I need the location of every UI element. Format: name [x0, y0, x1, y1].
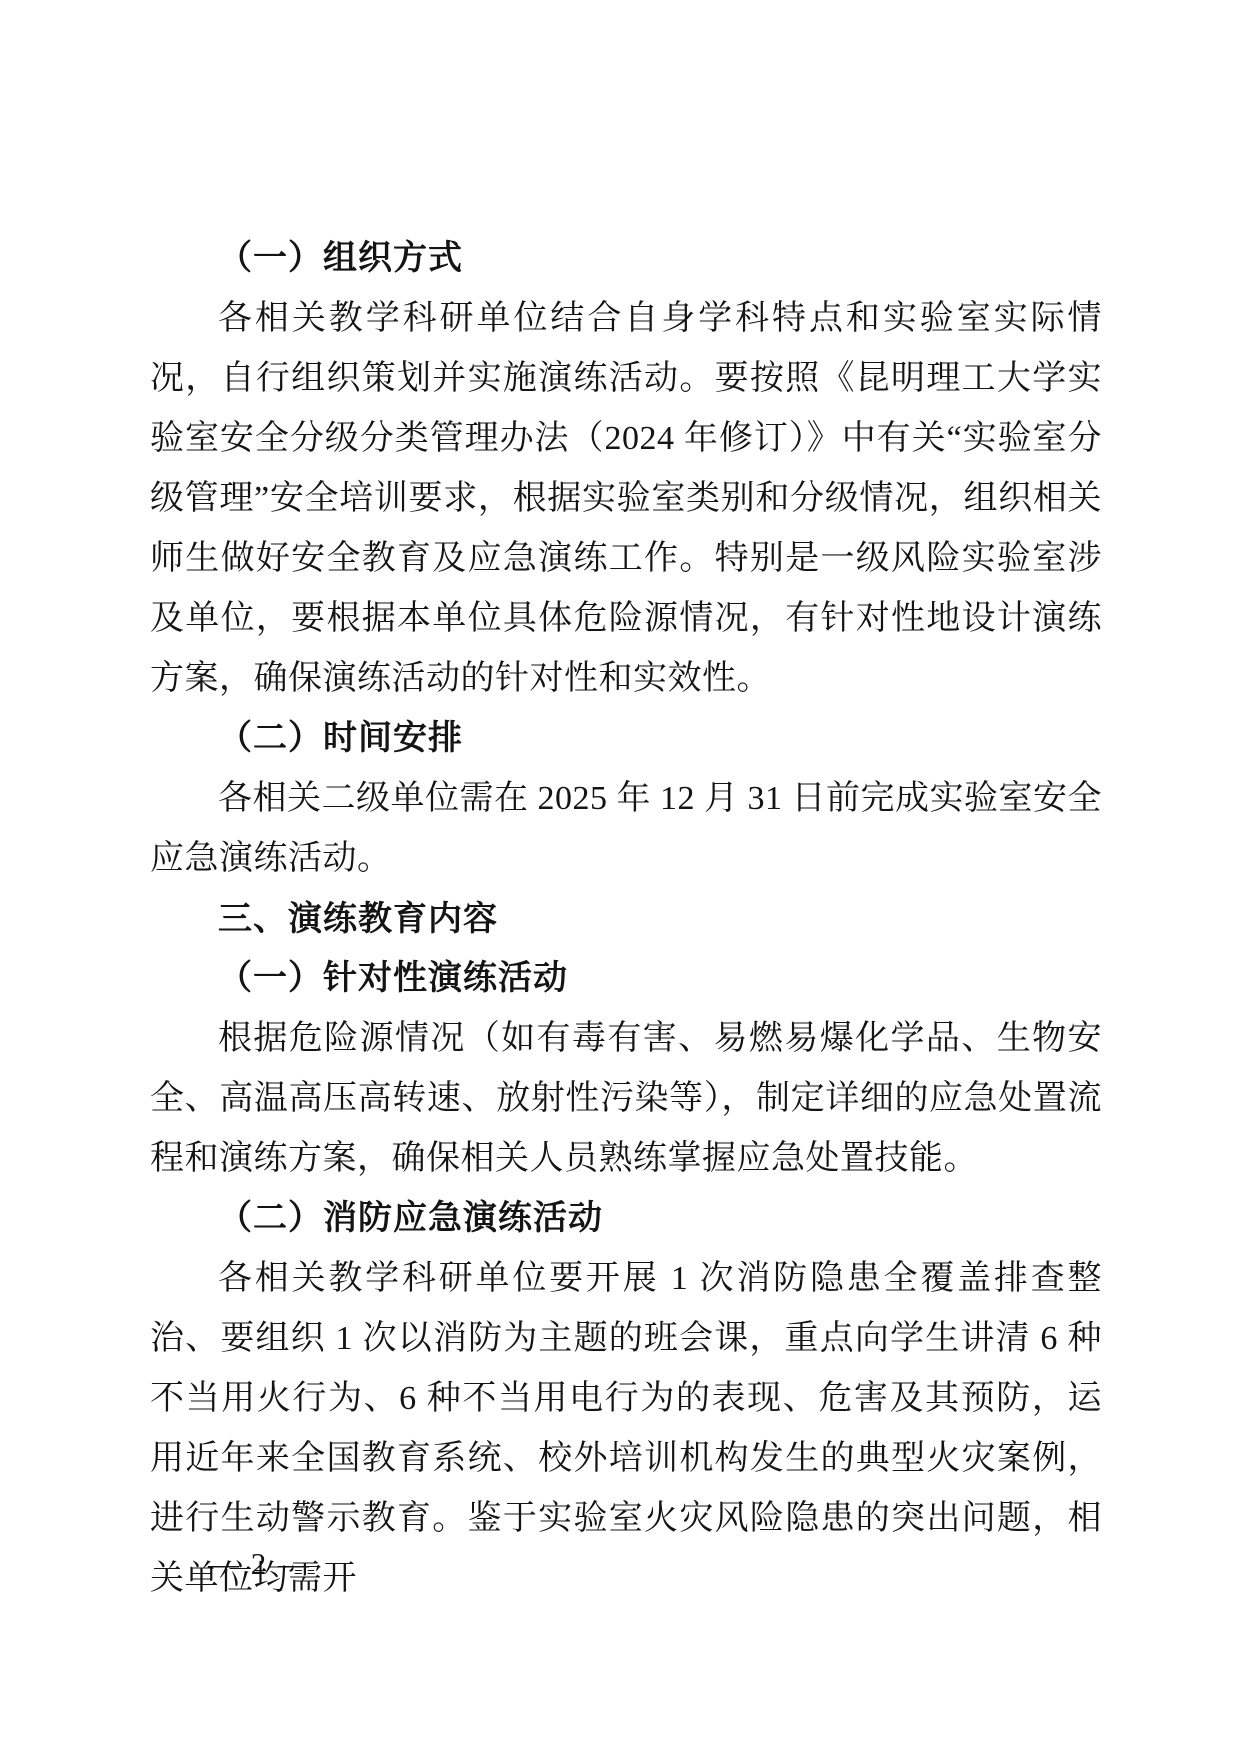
section-heading: 三、演练教育内容	[150, 889, 1102, 949]
section-heading: （一）针对性演练活动	[150, 949, 1102, 1009]
paragraph: 根据危险源情况（如有毒有害、易燃易爆化学品、生物安全、高温高压高转速、放射性污染…	[150, 1009, 1102, 1189]
paragraph: 各相关教学科研单位结合自身学科特点和实验室实际情况，自行组织策划并实施演练活动。…	[150, 289, 1102, 709]
section-heading: （一）组织方式	[150, 229, 1102, 289]
section-heading: （二）时间安排	[150, 709, 1102, 769]
paragraph: 各相关二级单位需在 2025 年 12 月 31 日前完成实验室安全应急演练活动…	[150, 769, 1102, 889]
page-number: — 2 —	[208, 1542, 311, 1586]
document-body: （一）组织方式各相关教学科研单位结合自身学科特点和实验室实际情况，自行组织策划并…	[150, 229, 1102, 1609]
document-page: （一）组织方式各相关教学科研单位结合自身学科特点和实验室实际情况，自行组织策划并…	[0, 0, 1240, 1754]
section-heading: （二）消防应急演练活动	[150, 1189, 1102, 1249]
